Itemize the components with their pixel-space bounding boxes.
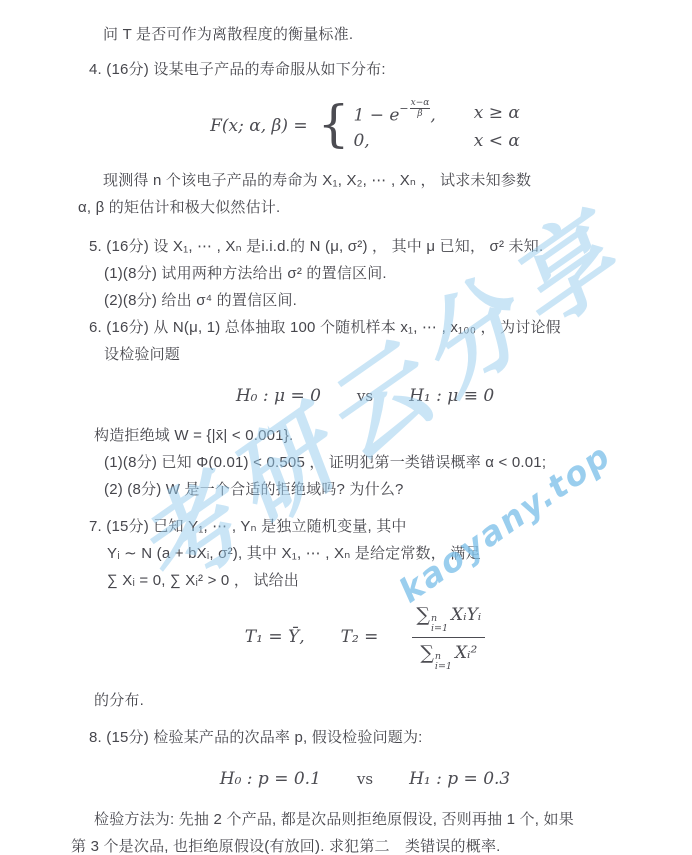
q6-h1: H₁ : μ ≡ 0: [409, 386, 494, 406]
q5-heading: 5. (16分) 设 X₁, ⋯ , Xₙ 是i.i.d.的 N (μ, σ²)…: [89, 233, 664, 260]
q8-hypothesis-formula: H₀ : p = 0.1 vs H₁ : p = 0.3: [66, 764, 664, 794]
case2-condition: x < α: [474, 129, 520, 153]
sum-lower-limit: i=1: [431, 624, 448, 634]
t2-lhs: T₂ =: [341, 627, 379, 647]
q6-vs: vs: [357, 387, 373, 405]
case2-expression: 0,: [353, 129, 435, 153]
cases-brace: {: [318, 99, 350, 149]
numerator-terms: XᵢYᵢ: [451, 605, 481, 625]
exponent-fraction: x−αβ: [410, 98, 431, 120]
q6-sub2: (2) (8分) W 是一个合适的拒绝域吗? 为什么?: [104, 476, 664, 503]
case1-comma: ,: [430, 105, 435, 125]
denominator-terms: Xᵢ²: [455, 643, 477, 663]
sum-limits: ni=1: [431, 614, 448, 635]
sum-lower-limit: i=1: [435, 662, 452, 672]
document-content: 问 T 是否可作为离散程度的衡量标准. 4. (16分) 设某电子产品的寿命服从…: [0, 0, 692, 855]
t2-fraction: ∑ni=1XᵢYᵢ ∑ni=1Xᵢ²: [412, 603, 485, 672]
exponent-denominator: β: [416, 109, 423, 119]
q6-heading1: 6. (16分) 从 N(μ, 1) 总体抽取 100 个随机样本 x₁, ⋯ …: [89, 314, 664, 341]
q4-line1: 现测得 n 个该电子产品的寿命为 X₁, X₂, ⋯ , Xₙ ， 试求未知参数: [103, 167, 664, 194]
cases-body: 1 − e−x−αβ, x ≥ α 0, x < α: [353, 99, 519, 154]
formula-lhs: F(x; α, β) =: [210, 116, 308, 136]
case1-pre: 1 − e: [353, 105, 399, 125]
q7-statistics-formula: T₁ = Ȳ, T₂ = ∑ni=1XᵢYᵢ ∑ni=1Xᵢ²: [66, 603, 664, 672]
sum-symbol: ∑: [420, 642, 434, 664]
sum-limits: ni=1: [435, 652, 452, 673]
q6-hypothesis-formula: H₀ : μ = 0 vs H₁ : μ ≡ 0: [66, 381, 664, 411]
t1-definition: T₁ = Ȳ,: [245, 627, 305, 647]
q4-heading: 4. (16分) 设某电子产品的寿命服从如下分布:: [89, 56, 664, 83]
q8-heading: 8. (15分) 检验某产品的次品率 p, 假设检验问题为:: [89, 724, 664, 751]
q6-heading2: 设检验问题: [104, 341, 664, 368]
exponent-numerator: x−α: [410, 98, 431, 109]
exam-document-page: 问 T 是否可作为离散程度的衡量标准. 4. (16分) 设某电子产品的寿命服从…: [0, 0, 692, 855]
q7-line4: 的分布.: [94, 687, 664, 714]
case1-expression: 1 − e−x−αβ,: [353, 99, 435, 128]
sum-symbol: ∑: [416, 604, 430, 626]
q6-reject-line: 构造拒绝域 W = {|x̄| < 0.001}.: [94, 422, 664, 449]
q7-line1: 7. (15分) 已知 Y₁, ⋯ , Yₙ 是独立随机变量, 其中: [89, 513, 664, 540]
exponent: −x−αβ: [399, 97, 430, 121]
case1-condition: x ≥ α: [474, 101, 520, 125]
q6-sub1: (1)(8分) 已知 Φ(0.01) < 0.505 ， 证明犯第一类错误概率 …: [104, 449, 664, 476]
q7-line2: Yᵢ ∼ N (a + bXᵢ, σ²), 其中 X₁, ⋯ , Xₙ 是给定常…: [107, 540, 664, 567]
q8-method-line1: 检验方法为: 先抽 2 个产品, 都是次品则拒绝原假设, 否则再抽 1 个, 如…: [94, 806, 664, 833]
q4-distribution-formula: F(x; α, β) = { 1 − e−x−αβ, x ≥ α 0, x < …: [66, 97, 664, 155]
q5-sub1: (1)(8分) 试用两种方法给出 σ² 的置信区间.: [104, 260, 664, 287]
q8-h0: H₀ : p = 0.1: [220, 769, 321, 789]
intro-line: 问 T 是否可作为离散程度的衡量标准.: [103, 21, 664, 48]
q5-sub2: (2)(8分) 给出 σ⁴ 的置信区间.: [104, 287, 664, 314]
t2-numerator: ∑ni=1XᵢYᵢ: [412, 603, 485, 638]
t2-denominator: ∑ni=1Xᵢ²: [416, 638, 481, 672]
q8-method-line2: 第 3 个是次品, 也拒绝原假设(有放回). 求犯第二 类错误的概率.: [71, 833, 664, 855]
exponent-minus: −: [399, 97, 408, 121]
q8-vs: vs: [357, 770, 373, 788]
q6-h0: H₀ : μ = 0: [236, 386, 321, 406]
q7-line3: ∑ Xᵢ = 0, ∑ Xᵢ² > 0 ， 试给出: [107, 567, 664, 594]
q8-h1: H₁ : p = 0.3: [409, 769, 510, 789]
q4-line2: α, β 的矩估计和极大似然估计.: [78, 194, 664, 221]
